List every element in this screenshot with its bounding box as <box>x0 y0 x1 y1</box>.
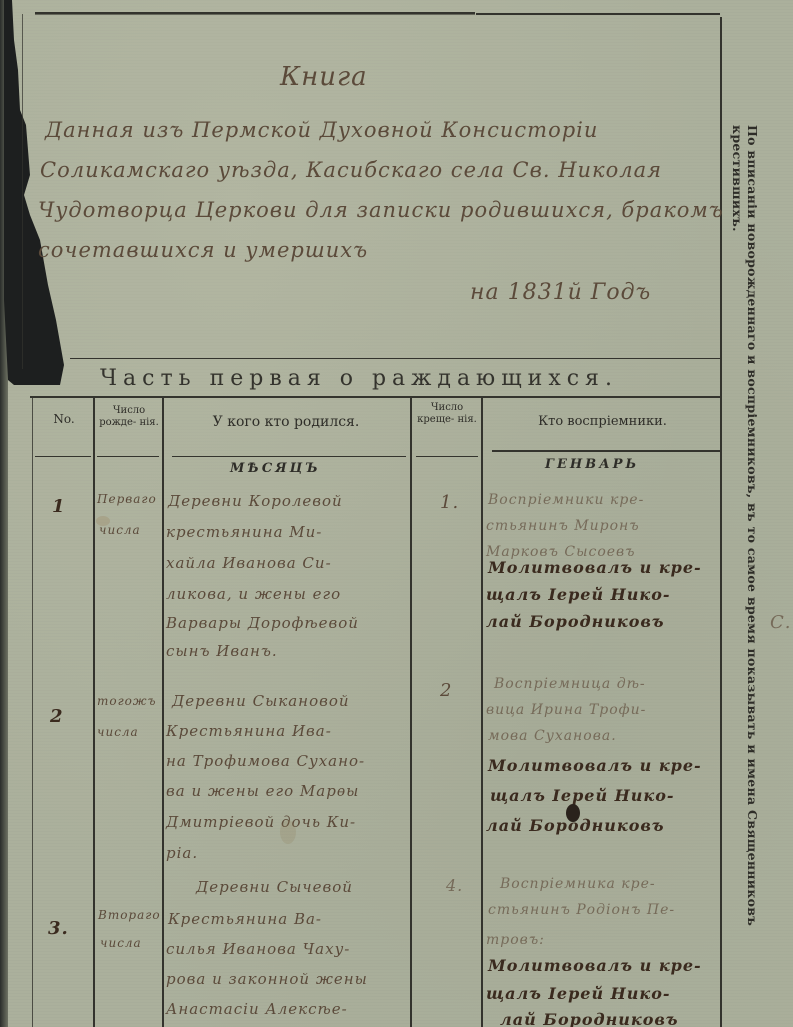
section-rule-top <box>70 358 720 359</box>
row-priest-signature: Молитвовалъ и кре- <box>488 756 702 775</box>
paper-stain <box>96 516 110 526</box>
row-parents-line: рiа. <box>166 844 198 862</box>
row-godparents-line: тровъ: <box>486 932 545 948</box>
col-rule-4 <box>481 398 483 1027</box>
row-parents-line: крестьянина Ми- <box>166 523 322 541</box>
row-number: 1 <box>52 496 66 517</box>
frame-top-rule-right <box>476 13 720 15</box>
row-parents-line: Крестьянина Ва- <box>168 910 322 928</box>
row-godparents-line: Воспріемники кре- <box>488 492 644 508</box>
row-baptism-day: 1. <box>440 492 459 513</box>
row-godparents-line: вица Ирина Трофи- <box>486 702 646 718</box>
col-header-no: No. <box>35 412 93 426</box>
section-rule-bottom <box>30 396 720 398</box>
subheader-month-label: МѢСЯЦЪ <box>230 461 321 476</box>
side-instruction-note: По вписаніи новорожденнаго и воспріемник… <box>730 125 760 1027</box>
margin-mark: С. <box>770 612 792 633</box>
row-priest-signature: Молитвовалъ и кре- <box>488 956 702 975</box>
row-birth-day: Втораго <box>98 908 161 922</box>
title-line-3: Чудотворца Церкови для записки родившихс… <box>38 198 724 222</box>
row-parents-line: силья Иванова Чаху- <box>166 940 350 958</box>
row-priest-signature: лай Бородниковъ <box>500 1010 679 1027</box>
ink-blot <box>566 804 580 822</box>
title-year: на 1831й Годъ <box>470 280 651 305</box>
row-birth-day: числа <box>97 725 139 739</box>
row-birth-day: Перваго <box>97 492 157 506</box>
row-parents-line: ликова, и жены его <box>166 585 341 603</box>
header-rule-baptism <box>416 456 478 457</box>
row-parents-line: Деревни Сычевой <box>196 878 353 896</box>
row-baptism-day: 2 <box>440 680 452 701</box>
col-rule-0 <box>32 398 33 1027</box>
row-parents-line: Анастасіи Алексѣе- <box>166 1000 348 1018</box>
row-parents-line: сынъ Иванъ. <box>166 642 278 660</box>
row-parents-line: Варвары Дорофѣевой <box>166 614 359 632</box>
col-header-birth-day: Число рожде- нія. <box>97 405 161 429</box>
row-birth-day: числа <box>100 936 142 950</box>
row-parents-line: рова и законной жены <box>166 970 368 988</box>
title-line-4: сочетавшихся и умершихъ <box>38 238 368 262</box>
row-godparents-line: стьянинъ Родіонъ Пе- <box>488 902 675 918</box>
row-number: 2 <box>50 706 64 727</box>
title-heading: Книга <box>280 62 368 92</box>
header-rule-godparents <box>492 450 720 452</box>
header-rule-parents <box>172 456 406 457</box>
row-parents-line: на Трофимова Сухано- <box>166 752 365 770</box>
row-priest-signature: Молитвовалъ и кре- <box>488 558 702 577</box>
row-number: 3. <box>48 918 69 939</box>
row-birth-day: тогожъ <box>97 694 157 708</box>
row-priest-signature: щалъ Іерей Нико- <box>486 984 671 1003</box>
col-header-parents: У кого кто родился. <box>166 414 406 430</box>
header-rule-no <box>35 456 91 457</box>
col-rule-3 <box>410 398 412 1027</box>
subheader-month-name: ГЕНВАРЬ <box>545 457 639 472</box>
row-godparents-line: стьянинъ Миронъ <box>486 518 640 534</box>
col-rule-2 <box>162 398 164 1027</box>
title-line-2: Соликамскаго уѣзда, Касибскаго села Св. … <box>40 158 662 182</box>
row-priest-signature: щалъ Іерей Нико- <box>486 585 671 604</box>
row-parents-line: Деревни Сыкановой <box>172 692 350 710</box>
row-parents-line: хайла Иванова Си- <box>166 554 332 572</box>
frame-right-rule <box>720 17 722 1027</box>
row-priest-signature: щалъ Іерей Нико- <box>490 786 675 805</box>
row-priest-signature: лай Бородниковъ <box>486 612 665 631</box>
row-godparents-line: мова Суханова. <box>488 728 617 744</box>
header-rule-birth <box>97 456 159 457</box>
row-parents-line: Деревни Королевой <box>168 492 343 510</box>
row-baptism-day: 4. <box>446 876 463 895</box>
paper-stain <box>280 820 296 844</box>
col-header-godparents: Кто воспріемники. <box>485 414 720 429</box>
title-line-1: Данная изъ Пермской Духовной Консисторіи <box>45 118 598 142</box>
row-godparents-line: Воспріемника кре- <box>500 876 656 892</box>
section-title: Часть первая о раждающихся. <box>100 366 618 391</box>
col-header-baptism-day: Число креще- нія. <box>414 402 480 426</box>
row-parents-line: Крестьянина Ива- <box>166 722 332 740</box>
row-parents-line: Дмитріевой дочь Ки- <box>166 813 356 831</box>
col-rule-1 <box>93 398 95 1027</box>
frame-left-rule <box>22 14 23 369</box>
row-godparents-line: Воспріемница дѣ- <box>494 676 646 692</box>
row-parents-line: ва и жены его Марѳы <box>166 782 359 800</box>
register-page: Книга Данная изъ Пермской Духовной Конси… <box>0 0 793 1027</box>
torn-page-edge <box>0 0 70 390</box>
